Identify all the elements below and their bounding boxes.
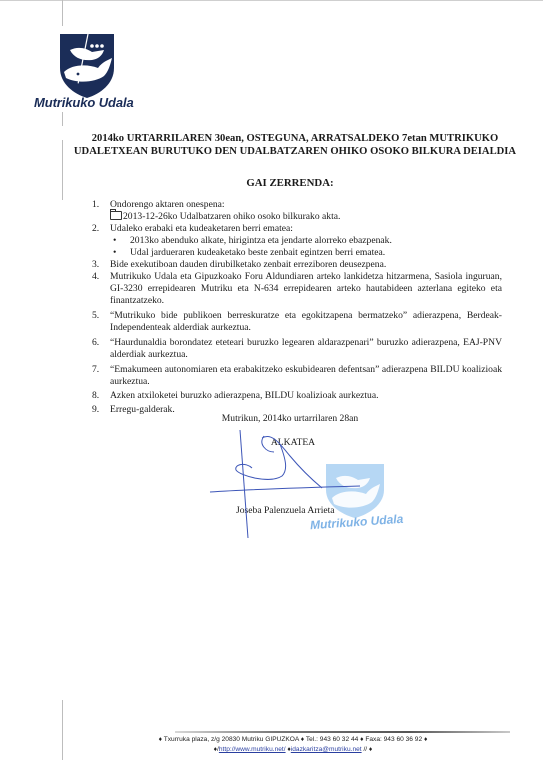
- agenda-item: 3. Bide exekutiboan dauden dirubilketako…: [92, 259, 502, 271]
- agenda-item-number: 6.: [92, 337, 99, 349]
- top-edge-rule: [0, 0, 543, 1]
- agenda-item-text: Ondorengo aktaren onespena:: [110, 199, 225, 210]
- agenda-item-text: Udaleko erabaki eta kudeaketaren berri e…: [110, 223, 293, 234]
- agenda-item: 8. Azken atxiloketei buruzko adierazpena…: [92, 390, 502, 402]
- agenda-item-number: 5.: [92, 310, 99, 322]
- email-link[interactable]: idazkaritza@mutriku.net: [291, 746, 362, 753]
- agenda-item-text: Bide exekutiboan dauden dirubilketako ze…: [110, 259, 386, 270]
- website-link[interactable]: http://www.mutriku.net/: [219, 746, 286, 753]
- agenda-item: 2. Udaleko erabaki eta kudeaketaren berr…: [92, 223, 502, 235]
- footer-suffix: // ♦: [362, 746, 373, 753]
- attachment-link[interactable]: 2013-12-26ko Udalbatzaren ohiko osoko bi…: [123, 211, 340, 222]
- agenda-item-number: 2.: [92, 223, 99, 235]
- footer-address: ♦ Txurruka plaza, z/g 20830 Mutriku GIPU…: [0, 735, 543, 745]
- agenda-item-number: 1.: [92, 199, 99, 211]
- agenda-item: 7. “Emakumeen autonomiaren eta erabakitz…: [92, 364, 502, 388]
- agenda-item: 5. “Mutrikuko bide publikoen berreskurat…: [92, 310, 502, 334]
- margin-tick: [62, 0, 63, 26]
- agenda-item-number: 8.: [92, 390, 99, 402]
- agenda-sub-bullets: 2013ko abenduko alkate, hirigintza eta j…: [92, 235, 502, 259]
- agenda-item-text: “Emakumeen autonomiaren eta erabakitzeko…: [110, 364, 502, 387]
- agenda-item-number: 7.: [92, 364, 99, 376]
- place-and-date: Mutrikun, 2014ko urtarrilaren 28an: [0, 413, 543, 424]
- agenda-item: 4. Mutrikuko Udala eta Gipuzkoako Foru A…: [92, 271, 502, 307]
- signer-name: Joseba Palenzuela Arrieta: [236, 505, 335, 516]
- agenda-item-text: Mutrikuko Udala eta Gipuzkoako Foru Aldu…: [110, 271, 502, 306]
- agenda-item-number: 4.: [92, 271, 99, 283]
- margin-tick: [62, 112, 63, 126]
- footer-rule: [175, 731, 510, 733]
- agenda-item-number: 3.: [92, 259, 99, 271]
- document-title: 2014ko URTARRILAREN 30ean, OSTEGUNA, ARR…: [60, 133, 530, 158]
- agenda-item: 1. Ondorengo aktaren onespena:: [92, 199, 502, 211]
- agenda-bullet: 2013ko abenduko alkate, hirigintza eta j…: [110, 235, 502, 247]
- logo-wordmark: Mutrikuko Udala: [34, 95, 134, 110]
- agenda-list: 1. Ondorengo aktaren onespena: 2013-12-2…: [92, 199, 502, 416]
- footer-links: ♦/http://www.mutriku.net/ ♦idazkaritza@m…: [0, 745, 543, 755]
- municipal-shield-logo-icon: [52, 28, 122, 100]
- agenda-heading: GAI ZERRENDA:: [0, 177, 543, 189]
- agenda-bullet: Udal jardueraren kudeaketako beste zenba…: [110, 247, 502, 259]
- agenda-item-text: Azken atxiloketei buruzko adierazpena, B…: [110, 390, 379, 401]
- agenda-item-text: “Mutrikuko bide publikoen berreskuratze …: [110, 310, 502, 333]
- folder-icon: [110, 211, 122, 220]
- footer: ♦ Txurruka plaza, z/g 20830 Mutriku GIPU…: [0, 735, 543, 755]
- signer-role: ALKATEA: [0, 437, 543, 448]
- title-line-2: UDALETXEAN BURUTUKO DEN UDALBATZAREN OHI…: [60, 146, 530, 159]
- agenda-item-text: “Haurdunaldia borondatez eteteari buruzk…: [110, 337, 502, 360]
- agenda-item: 6. “Haurdunaldia borondatez eteteari bur…: [92, 337, 502, 361]
- title-line-1: 2014ko URTARRILAREN 30ean, OSTEGUNA, ARR…: [60, 133, 530, 146]
- agenda-attachment: 2013-12-26ko Udalbatzaren ohiko osoko bi…: [92, 211, 502, 223]
